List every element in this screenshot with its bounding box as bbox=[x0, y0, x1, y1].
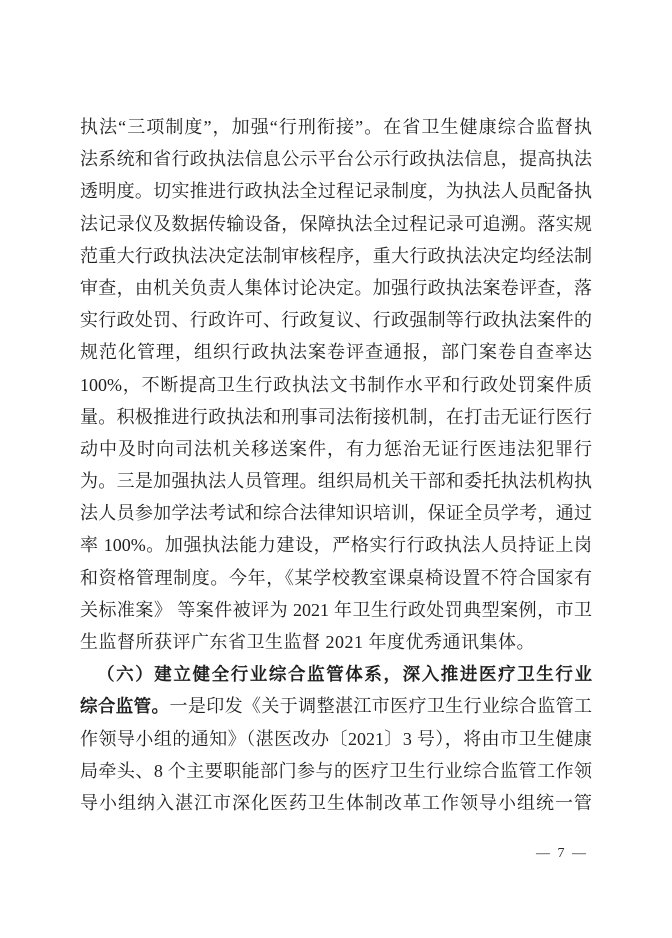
body-text: 量。积极推进行政执法和刑事司法衔接机制，在打击无证行医行 bbox=[80, 407, 592, 427]
body-text: 透明度。切实推进行政执法全过程记录制度，为执法人员配备执 bbox=[80, 181, 592, 201]
text-line: 100%，不断提高卫生行政执法文书制作水平和行政处罚案件质 bbox=[80, 369, 592, 401]
body-text: 局牵头、8 个主要职能部门参与的医疗卫生行业综合监管工作领 bbox=[80, 761, 592, 781]
body-text: 生监督所获评广东省卫生监督 2021 年度优秀通讯集体。 bbox=[80, 632, 535, 652]
text-line: 量。积极推进行政执法和刑事司法衔接机制，在打击无证行医行 bbox=[80, 401, 592, 433]
body-text: 执法“三项制度”，加强“行刑衔接”。在省卫生健康综合监督执 bbox=[80, 117, 592, 137]
text-line: 导小组纳入湛江市深化医药卫生体制改革工作领导小组统一管 bbox=[80, 787, 592, 819]
body-text: 导小组纳入湛江市深化医药卫生体制改革工作领导小组统一管 bbox=[80, 793, 592, 813]
text-line: 和资格管理制度。今年，《某学校教室课桌椅设置不符合国家有 bbox=[80, 562, 592, 594]
text-line: 率 100%。加强执法能力建设，严格实行行政执法人员持证上岗 bbox=[80, 529, 592, 561]
text-line: 生监督所获评广东省卫生监督 2021 年度优秀通讯集体。 bbox=[80, 626, 592, 658]
body-text: 审查，由机关负责人集体讨论决定。加强行政执法案卷评查，落 bbox=[80, 278, 592, 298]
body-text: 一是印发《关于调整湛江市医疗卫生行业综合监管工 bbox=[169, 696, 592, 716]
text-line: 透明度。切实推进行政执法全过程记录制度，为执法人员配备执 bbox=[80, 175, 592, 207]
body-text: 关标准案》 等案件被评为 2021 年卫生行政处罚典型案例，市卫 bbox=[80, 600, 592, 620]
body-text: 动中及时向司法机关移送案件，有力惩治无证行医违法犯罪行 bbox=[80, 439, 592, 459]
text-line: 审查，由机关负责人集体讨论决定。加强行政执法案卷评查，落 bbox=[80, 272, 592, 304]
body-text: 为。三是加强执法人员管理。组织局机关干部和委托执法机构执 bbox=[80, 471, 592, 491]
text-line: 法系统和省行政执法信息公示平台公示行政执法信息，提高执法 bbox=[80, 143, 592, 175]
bold-heading-text: 综合监管。 bbox=[80, 696, 169, 716]
text-line: 实行政处罚、行政许可、行政复议、行政强制等行政执法案件的 bbox=[80, 304, 592, 336]
body-text: 率 100%。加强执法能力建设，严格实行行政执法人员持证上岗 bbox=[80, 535, 592, 555]
text-line: 为。三是加强执法人员管理。组织局机关干部和委托执法机构执 bbox=[80, 465, 592, 497]
text-line: 局牵头、8 个主要职能部门参与的医疗卫生行业综合监管工作领 bbox=[80, 755, 592, 787]
body-text: 范重大行政执法决定法制审核程序，重大行政执法决定均经法制 bbox=[80, 246, 592, 266]
body-text: 法记录仪及数据传输设备，保障执法全过程记录可追溯。落实规 bbox=[80, 214, 592, 234]
bold-heading-text: （六）建立健全行业综合监管体系，深入推进医疗卫生行业 bbox=[97, 664, 592, 684]
text-line: 执法“三项制度”，加强“行刑衔接”。在省卫生健康综合监督执 bbox=[80, 111, 592, 143]
document-page: 执法“三项制度”，加强“行刑衔接”。在省卫生健康综合监督执法系统和省行政执法信息… bbox=[0, 0, 672, 938]
text-line: 规范化管理，组织行政执法案卷评查通报，部门案卷自查率达 bbox=[80, 336, 592, 368]
text-line: 作领导小组的通知》（湛医改办〔2021〕3 号），将由市卫生健康 bbox=[80, 723, 592, 755]
body-text: 实行政处罚、行政许可、行政复议、行政强制等行政执法案件的 bbox=[80, 310, 592, 330]
body-text: 法人员参加学法考试和综合法律知识培训，保证全员学考，通过 bbox=[80, 503, 592, 523]
document-body: 执法“三项制度”，加强“行刑衔接”。在省卫生健康综合监督执法系统和省行政执法信息… bbox=[80, 111, 592, 819]
page-number: — 7 — bbox=[536, 846, 588, 862]
body-text: 规范化管理，组织行政执法案卷评查通报，部门案卷自查率达 bbox=[80, 342, 592, 362]
body-text: 100%，不断提高卫生行政执法文书制作水平和行政处罚案件质 bbox=[80, 375, 592, 395]
body-text: 法系统和省行政执法信息公示平台公示行政执法信息，提高执法 bbox=[80, 149, 592, 169]
text-line: 范重大行政执法决定法制审核程序，重大行政执法决定均经法制 bbox=[80, 240, 592, 272]
text-line: 关标准案》 等案件被评为 2021 年卫生行政处罚典型案例，市卫 bbox=[80, 594, 592, 626]
text-line: 动中及时向司法机关移送案件，有力惩治无证行医违法犯罪行 bbox=[80, 433, 592, 465]
text-line: 法记录仪及数据传输设备，保障执法全过程记录可追溯。落实规 bbox=[80, 208, 592, 240]
text-line: （六）建立健全行业综合监管体系，深入推进医疗卫生行业 bbox=[80, 658, 592, 690]
text-line: 综合监管。一是印发《关于调整湛江市医疗卫生行业综合监管工 bbox=[80, 690, 592, 722]
body-text: 和资格管理制度。今年，《某学校教室课桌椅设置不符合国家有 bbox=[80, 568, 592, 588]
text-line: 法人员参加学法考试和综合法律知识培训，保证全员学考，通过 bbox=[80, 497, 592, 529]
body-text: 作领导小组的通知》（湛医改办〔2021〕3 号），将由市卫生健康 bbox=[80, 729, 592, 749]
